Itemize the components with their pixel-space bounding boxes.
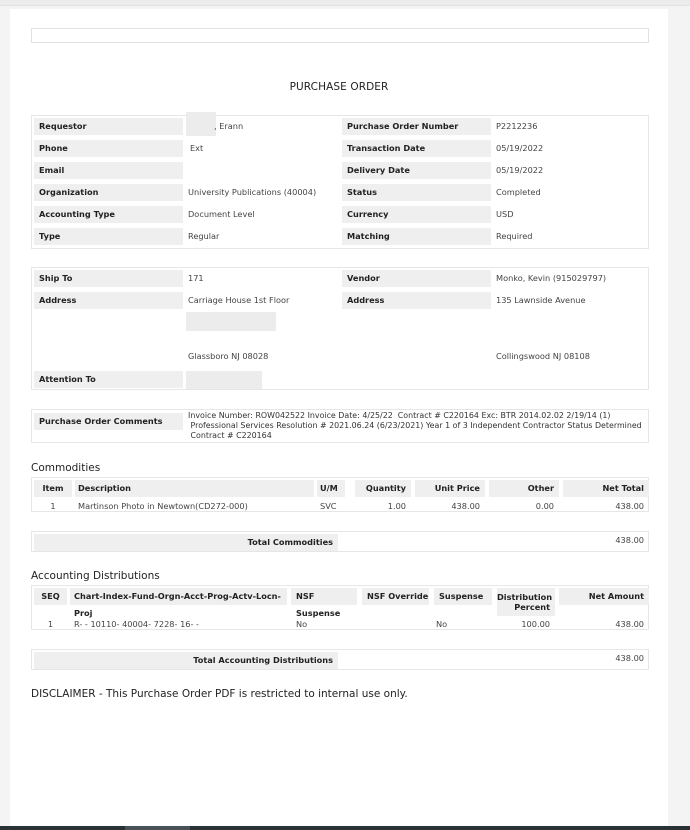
currency-value: USD (496, 206, 514, 223)
matching-value: Required (496, 228, 532, 245)
vendor-address-label: Address (342, 292, 491, 309)
comments-line-3: Contract # C220164 (188, 431, 272, 441)
status-value: Completed (496, 184, 541, 201)
cell-item: 1 (34, 500, 72, 512)
col-um: U/M (317, 480, 345, 497)
type-value: Regular (188, 228, 219, 245)
organization-value: University Publications (40004) (188, 184, 316, 201)
comments-line-2: Professional Services Resolution # 2021.… (188, 421, 642, 431)
currency-label: Currency (342, 206, 491, 223)
total-accounting-label: Total Accounting Distributions (34, 652, 338, 669)
col-other: Other (489, 480, 559, 497)
organization-label: Organization (34, 184, 183, 201)
cell-seq: 1 (34, 618, 67, 630)
cell-unit-price: 438.00 (415, 500, 485, 512)
accounting-table: SEQ Chart-Index-Fund-Orgn-Acct-Prog-Actv… (31, 585, 649, 630)
col-net-amount: Net Amount (559, 588, 649, 605)
col-distribution-percent-label: Distribution Percent (497, 592, 552, 612)
total-accounting-value: 438.00 (559, 652, 649, 664)
cell-description: Martinson Photo in Newtown(CD272-000) (78, 500, 248, 512)
col-nsf-override: NSF Override (362, 588, 429, 605)
bottom-bar (0, 826, 690, 830)
cell-quantity: 1.00 (355, 500, 411, 512)
commodities-table: Item Description U/M Quantity Unit Price… (31, 477, 649, 512)
right-gutter (668, 9, 690, 827)
matching-label: Matching (342, 228, 491, 245)
col-net-total: Net Total (563, 480, 649, 497)
col-suspense: Suspense (434, 588, 492, 605)
ship-address-line1: Carriage House 1st Floor (188, 292, 289, 309)
col-nsf-suspense: NSF Suspense (291, 588, 357, 605)
disclaimer: DISCLAIMER - This Purchase Order PDF is … (31, 688, 408, 700)
type-label: Type (34, 228, 183, 245)
comments-panel: Purchase Order Comments Invoice Number: … (31, 409, 649, 443)
col-seq: SEQ (34, 588, 67, 605)
ship-address-label: Address (34, 292, 183, 309)
document-page: PURCHASE ORDER Requestor , Erann Phone E… (10, 9, 668, 827)
cell-nsf-suspense: No (296, 618, 307, 630)
phone-value: Ext (190, 140, 203, 157)
cell-net-total: 438.00 (563, 500, 649, 512)
vendor-address-city: Collingswood NJ 08108 (496, 348, 590, 365)
transaction-date-label: Transaction Date (342, 140, 491, 157)
cell-coa: R- - 10110- 40004- 7228- 16- - (74, 618, 199, 630)
comments-label: Purchase Order Comments (34, 413, 183, 430)
taskbar-active-item[interactable] (125, 826, 190, 830)
accounting-type-value: Document Level (188, 206, 255, 223)
vendor-label: Vendor (342, 270, 491, 287)
cell-suspense: No (436, 618, 447, 630)
po-number-value: P2212236 (496, 118, 537, 135)
phone-label: Phone (34, 140, 183, 157)
ship-address-city: Glassboro NJ 08028 (188, 348, 268, 365)
comments-line-1: Invoice Number: ROW042522 Invoice Date: … (188, 411, 611, 421)
commodities-title: Commodities (31, 462, 100, 474)
col-coa: Chart-Index-Fund-Orgn-Acct-Prog-Actv-Loc… (70, 588, 287, 605)
shipping-panel: Ship To 171 Address Carriage House 1st F… (31, 267, 649, 390)
delivery-date-value: 05/19/2022 (496, 162, 543, 179)
col-distribution-percent: Distribution Percent (497, 588, 555, 616)
requestor-value: , Erann (214, 118, 243, 135)
redacted-ship-address-line2 (186, 312, 276, 331)
col-quantity: Quantity (355, 480, 411, 497)
po-number-label: Purchase Order Number (342, 118, 491, 135)
page-title: PURCHASE ORDER (10, 81, 668, 93)
status-label: Status (342, 184, 491, 201)
attention-to-label: Attention To (34, 371, 183, 388)
accounting-type-label: Accounting Type (34, 206, 183, 223)
cell-net-amount: 438.00 (559, 618, 649, 630)
vendor-address-line1: 135 Lawnside Avenue (496, 292, 586, 309)
vendor-value: Monko, Kevin (915029797) (496, 270, 606, 287)
header-box (31, 28, 649, 43)
email-label: Email (34, 162, 183, 179)
col-description: Description (75, 480, 314, 497)
cell-other: 0.00 (489, 500, 559, 512)
transaction-date-value: 05/19/2022 (496, 140, 543, 157)
redacted-attention-to (186, 371, 262, 389)
redacted-requestor-surname (186, 112, 216, 136)
header-info-panel: Requestor , Erann Phone Ext Email Organi… (31, 115, 649, 249)
cell-percent: 100.00 (497, 618, 555, 630)
accounting-title: Accounting Distributions (31, 570, 160, 582)
total-commodities-value: 438.00 (563, 534, 649, 546)
col-unit-price: Unit Price (415, 480, 485, 497)
requestor-label: Requestor (34, 118, 183, 135)
cell-um: SVC (320, 500, 337, 512)
col-item: Item (34, 480, 72, 497)
ship-to-label: Ship To (34, 270, 183, 287)
ship-to-value: 171 (188, 270, 204, 287)
total-commodities-label: Total Commodities (34, 534, 338, 551)
top-strip (0, 0, 690, 6)
commodities-total: Total Commodities 438.00 (31, 531, 649, 552)
accounting-total: Total Accounting Distributions 438.00 (31, 649, 649, 670)
delivery-date-label: Delivery Date (342, 162, 491, 179)
